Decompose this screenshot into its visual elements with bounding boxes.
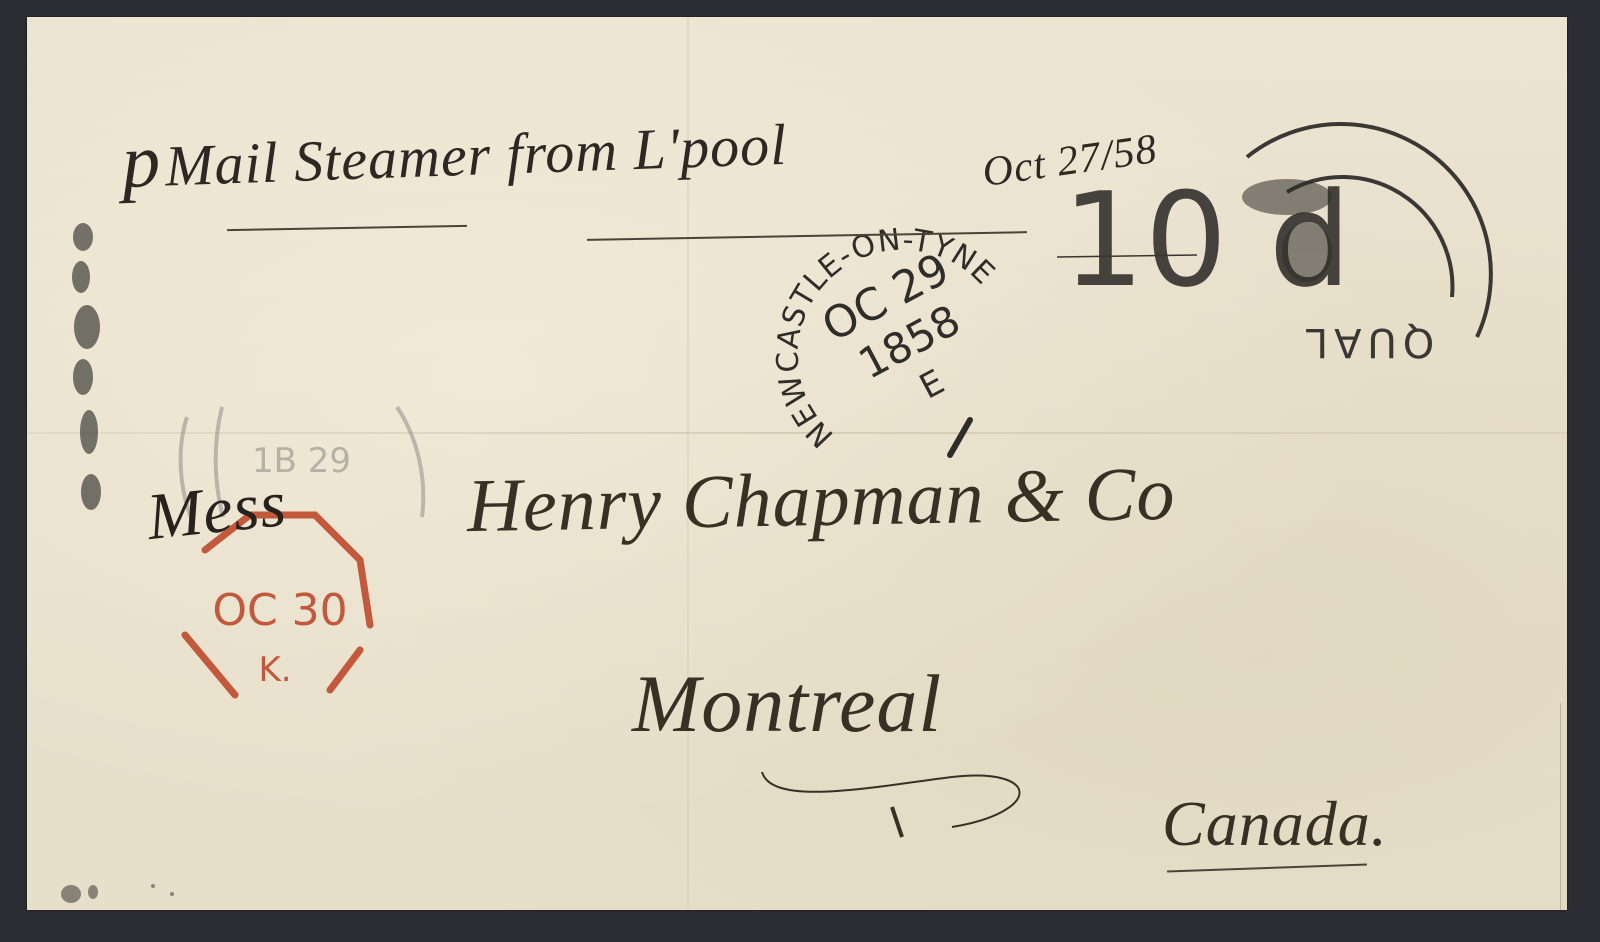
svg-text:E: E (913, 362, 951, 407)
newcastle-postmark: NEWCASTLE-ON-TYNE OC 29 1858 E (765, 205, 1035, 465)
envelope-flap-edge (1560, 703, 1567, 910)
address-city: Montreal (632, 657, 942, 751)
routing-underline (227, 225, 467, 231)
addressee-name: Henry Chapman & Co (466, 451, 1176, 550)
charge-mark: 10 d (1057, 157, 1347, 317)
routing-text: Mail Steamer from L'pool (164, 112, 788, 199)
svg-text:K.: K. (258, 650, 291, 690)
svg-text:QUAL: QUAL (1300, 319, 1434, 365)
per-symbol: p (121, 119, 163, 204)
scan-background: 1B 29 OC 30 K. NEWCASTLE-ON-TYNE OC 29 1… (0, 0, 1600, 942)
address-country: Canada. (1162, 787, 1388, 861)
envelope: 1B 29 OC 30 K. NEWCASTLE-ON-TYNE OC 29 1… (27, 17, 1567, 910)
svg-text:OC 30: OC 30 (212, 585, 347, 636)
country-underline (1167, 864, 1367, 872)
flourish (752, 752, 1052, 842)
corner-smudge (57, 872, 207, 912)
ink-smudge (61, 217, 111, 517)
salutation: Mess (143, 466, 290, 556)
